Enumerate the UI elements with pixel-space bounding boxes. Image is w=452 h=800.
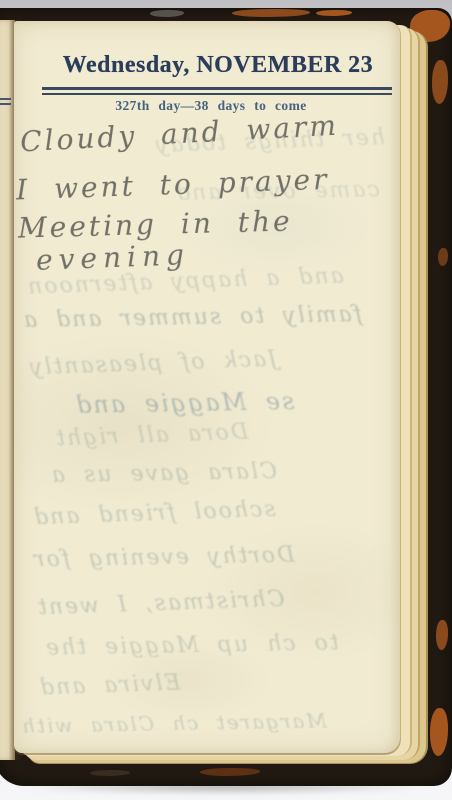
bleedthrough-ghost-line: Dorthy evening for: [32, 543, 295, 573]
worn-leather-spot: [430, 708, 448, 756]
worn-leather-spot: [438, 248, 448, 266]
bleedthrough-ghost-line: se Maggie and: [74, 387, 295, 419]
worn-leather-spot: [316, 10, 352, 16]
bleedthrough-ghost-line: Christmas, I went: [36, 587, 285, 621]
double-rule: [42, 87, 392, 95]
worn-leather-spot: [90, 770, 130, 776]
worn-leather-spot: [432, 60, 448, 104]
bleedthrough-ghost-line: Elvira and: [38, 671, 181, 701]
bleedthrough-ghost-line: Dora all right: [54, 420, 249, 452]
worn-leather-spot: [200, 768, 260, 776]
worn-leather-spot: [436, 620, 448, 650]
worn-leather-spot: [232, 9, 310, 17]
date-heading: Wednesday, NOVEMBER 23: [25, 52, 411, 79]
bleedthrough-ghost-line: Clara gave us a: [50, 459, 277, 488]
bleedthrough-ghost-line: Margaret ch Clara with: [20, 708, 327, 737]
diary-page: Wednesday, NOVEMBER 23 327th day—38 days…: [14, 21, 401, 753]
bleedthrough-ghost-line: came over and: [174, 177, 380, 206]
bleedthrough-ghost-line: family to summer and a: [22, 302, 362, 333]
worn-leather-spot: [150, 10, 184, 17]
day-count-line: 327th day—38 days to come: [18, 98, 404, 114]
diary-scan: Wednesday, NOVEMBER 23 327th day—38 days…: [0, 0, 452, 800]
bleedthrough-ghost-line: Jack of pleasantly: [28, 347, 278, 381]
bleedthrough-ghost-line: school friend and: [32, 497, 276, 530]
bleedthrough-ghost-line: to ch up Maggie the: [44, 630, 339, 660]
